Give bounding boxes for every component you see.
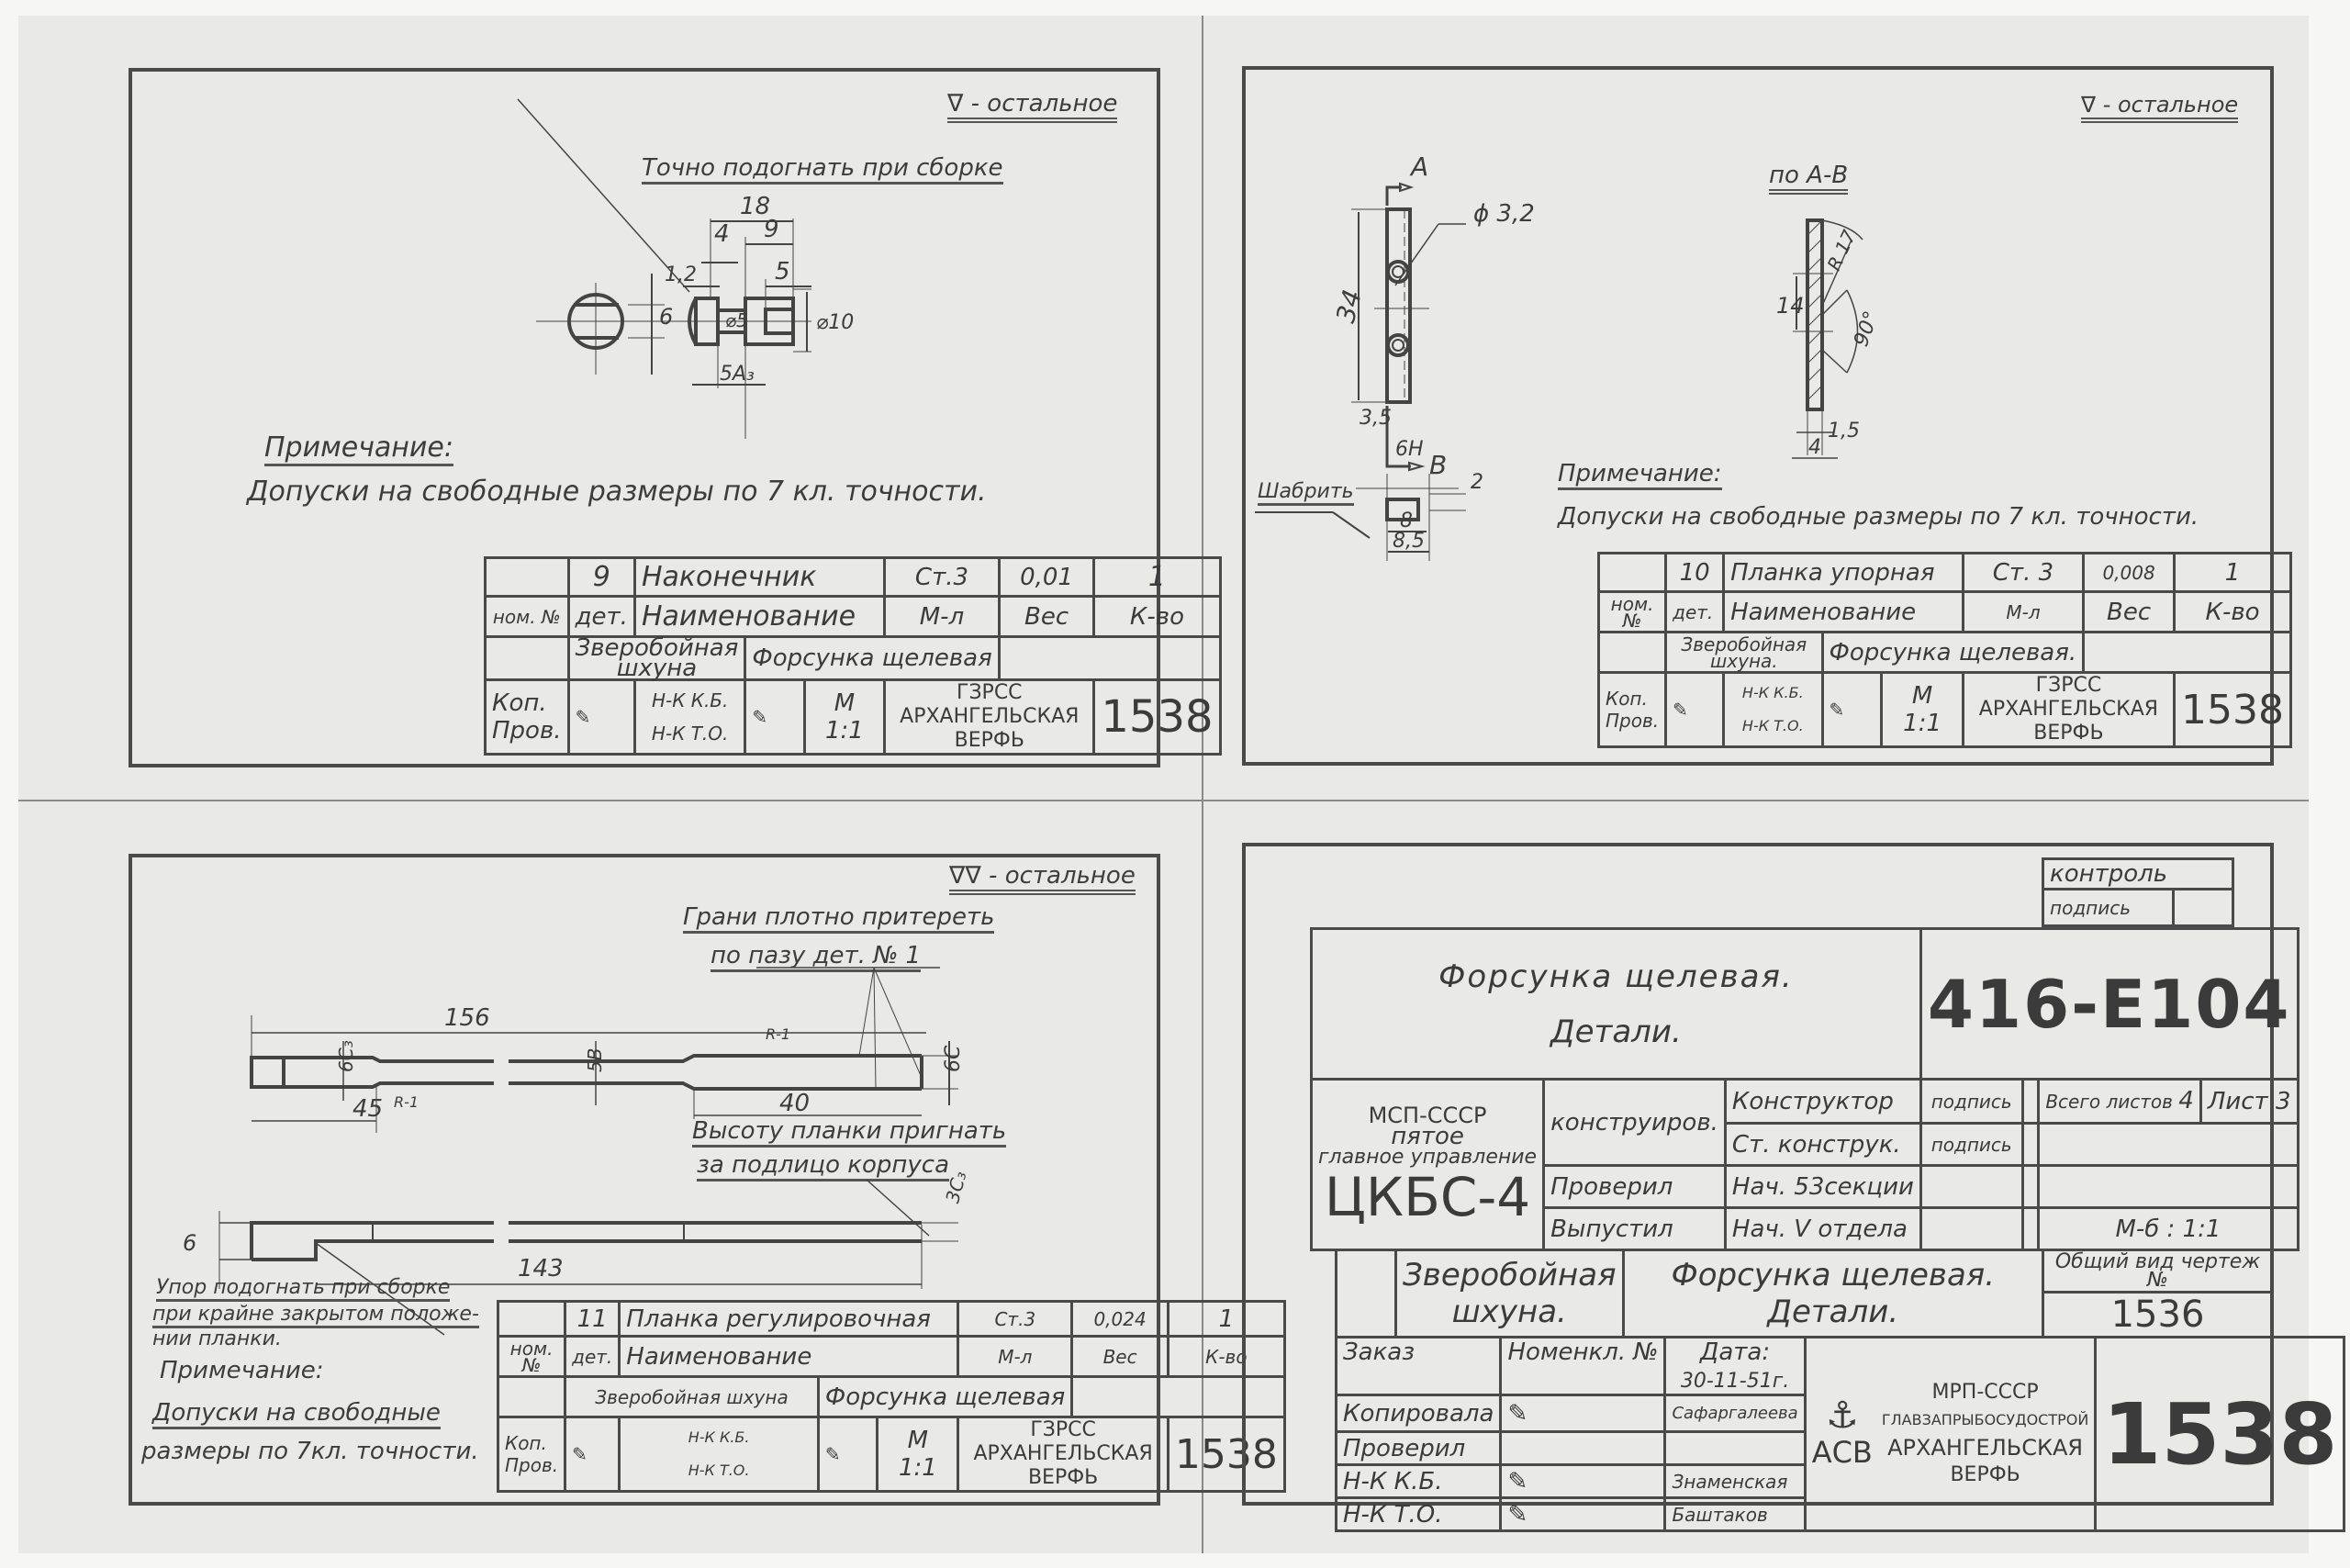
signature-nk: ✎ <box>818 1417 878 1492</box>
nk-labels: Н-К К.Б.Н-К Т.О. <box>634 680 744 755</box>
part-qty: 1 <box>1094 558 1220 597</box>
row-label-kop-prov: Коп.Пров. <box>1599 673 1666 747</box>
svg-text:⌀10: ⌀10 <box>816 311 854 334</box>
ministry-cell: МСП-СССР пятое главное управление ЦКБС-4 <box>1312 1080 1544 1250</box>
drawing-subtitle: Детали. <box>1318 1014 1914 1050</box>
organization-stamp: ГЗРССАРХАНГЕЛЬСКАЯВЕРФЬ <box>958 1417 1169 1492</box>
svg-text:4: 4 <box>714 220 730 248</box>
note-text: Допуски на свободные размеры по 7 кл. то… <box>247 476 987 508</box>
vessel-name: Зверобойная шхуна <box>565 1377 819 1417</box>
svg-text:А: А <box>1409 151 1428 182</box>
signature-kop: ✎ <box>565 1417 620 1492</box>
approval-block: Заказ Номенкл. № Дата:30-11-51г. ⚓АСВ МР… <box>1335 1336 2345 1532</box>
role-checked: Проверил <box>1544 1166 1726 1208</box>
svg-text:1,2: 1,2 <box>665 263 697 286</box>
header-qty: К-во <box>2175 592 2291 633</box>
header-material: М-л <box>1963 592 2083 633</box>
nomenclature-label: Номенкл. № <box>1501 1338 1665 1395</box>
sheet-detail-9: ∇ - остальное Точно подогнать при сборке <box>129 68 1160 767</box>
svg-text:6С: 6С <box>942 1045 965 1072</box>
drawing-number: 416-Е104 <box>1920 929 2298 1080</box>
header-nom: ном. № <box>498 1337 565 1377</box>
position-section-head: Нач. 53секции <box>1725 1166 1920 1208</box>
part-material: Ст.3 <box>958 1302 1072 1337</box>
note-title: Примечание: <box>1558 460 1722 490</box>
assembly-name: Форсунка щелевая <box>818 1377 1071 1417</box>
scale: М-б : 1:1 <box>2039 1208 2298 1250</box>
part-name: Наконечник <box>634 558 884 597</box>
header-det: дет. <box>565 1337 620 1377</box>
part-name: Планка регулировочная <box>620 1302 958 1337</box>
organization-stamp: ГЗРССАРХАНГЕЛЬСКАЯВЕРФЬ <box>1963 673 2174 747</box>
note-text-2: размеры по 7кл. точности. <box>141 1438 479 1465</box>
svg-text:4: 4 <box>1808 436 1821 459</box>
title-cell: Форсунка щелевая. Детали. <box>1312 929 1921 1080</box>
copied-name: Сафаргалеева <box>1665 1395 1805 1432</box>
assembly-name: Форсунка щелевая. <box>1822 633 2084 673</box>
signature-nk: ✎ <box>745 680 804 755</box>
title-block: 11 Планка регулировочная Ст.3 0,024 1 но… <box>497 1300 1286 1493</box>
sheet-detail-11: ∇∇ - остальное Грани плотно притереть по… <box>129 854 1160 1506</box>
position-senior: Ст. конструк. <box>1725 1124 1920 1166</box>
note-title: Примечание: <box>264 431 453 466</box>
scale: М1:1 <box>878 1417 958 1492</box>
svg-text:⌀5: ⌀5 <box>725 309 748 331</box>
sheet-number: 1538 <box>2175 673 2291 747</box>
svg-text:6Н: 6Н <box>1395 438 1424 461</box>
nk-labels: Н-К К.Б.Н-К Т.О. <box>1724 673 1822 747</box>
header-weight: Вес <box>999 597 1094 637</box>
vessel-name: Зверобойнаяшхуна. <box>1396 1250 1624 1338</box>
nk-to-signature: ✎ <box>1501 1498 1665 1531</box>
role-design: конструиров. <box>1544 1080 1726 1166</box>
svg-text:5В: 5В <box>584 1048 606 1072</box>
nk-to-label: Н-К Т.О. <box>1337 1498 1501 1531</box>
note-text: Допуски на свободные размеры по 7 кл. то… <box>1558 503 2199 531</box>
nk-to-name: Баштаков <box>1665 1498 1805 1531</box>
header-weight: Вес <box>2084 592 2175 633</box>
svg-text:14: 14 <box>1776 293 1805 319</box>
part-weight: 0,008 <box>2084 554 2175 592</box>
general-view-number: 1536 <box>2043 1293 2273 1338</box>
header-name: Наименование <box>1724 592 1964 633</box>
control-label: контроль <box>2043 859 2233 890</box>
svg-text:40: 40 <box>779 1090 810 1117</box>
signature-label: подпись <box>2043 890 2174 926</box>
row-label-kop-prov: Коп.Пров. <box>486 680 569 755</box>
svg-text:R 17: R 17 <box>1823 227 1861 274</box>
header-material: М-л <box>885 597 1000 637</box>
nk-labels: Н-К К.Б.Н-К Т.О. <box>620 1417 819 1492</box>
svg-text:143: 143 <box>518 1255 564 1282</box>
part-name: Планка упорная <box>1724 554 1964 592</box>
svg-text:3С₃: 3С₃ <box>941 1169 970 1205</box>
note-title: Примечание: <box>160 1357 324 1384</box>
svg-text:8,5: 8,5 <box>1393 530 1425 553</box>
header-qty: К-во <box>1094 597 1220 637</box>
svg-text:1,5: 1,5 <box>1828 420 1860 442</box>
svg-text:В: В <box>1429 450 1447 480</box>
header-name: Наименование <box>634 597 884 637</box>
scale: М1:1 <box>1882 673 1963 747</box>
signature-senior: подпись <box>1920 1124 2022 1166</box>
lower-title-block: Зверобойнаяшхуна. Форсунка щелевая.Детал… <box>1335 1249 2274 1338</box>
part-number: 9 <box>568 558 634 597</box>
part-qty: 1 <box>2175 554 2291 592</box>
row-label-kop-prov: Коп.Пров. <box>498 1417 565 1492</box>
svg-text:156: 156 <box>444 1004 490 1032</box>
checked-label: Проверил <box>1337 1432 1501 1465</box>
signature-kop: ✎ <box>1666 673 1724 747</box>
copied-label: Копировала <box>1337 1395 1501 1432</box>
svg-text:R-1: R-1 <box>766 1025 790 1043</box>
header-weight: Вес <box>1072 1337 1169 1377</box>
svg-text:34: 34 <box>1330 286 1368 326</box>
sheets-total: Всего листов 4 <box>2039 1080 2200 1124</box>
sheet-number: 1538 <box>1094 680 1220 755</box>
part-number: 11 <box>565 1302 620 1337</box>
svg-text:R-1: R-1 <box>394 1093 419 1111</box>
leader-note-3c: нии планки. <box>152 1327 282 1350</box>
part-number: 10 <box>1666 554 1724 592</box>
signature-nk: ✎ <box>1822 673 1882 747</box>
title-block: 9 Наконечник Ст.3 0,01 1 ном. № дет. Наи… <box>484 556 1222 756</box>
svg-text:ϕ 3,2: ϕ 3,2 <box>1473 200 1535 228</box>
header-material: М-л <box>958 1337 1072 1377</box>
header-nom: ном. № <box>486 597 569 637</box>
drawing-title: Форсунка щелевая. <box>1318 958 1914 995</box>
svg-text:5: 5 <box>775 258 790 286</box>
sheet-cover: контроль подпись Форсунка щелевая. Детал… <box>1242 843 2274 1506</box>
note-text-1: Допуски на свободные <box>152 1399 441 1429</box>
main-title-block: Форсунка щелевая. Детали. 416-Е104 МСП-С… <box>1310 927 2300 1251</box>
org-stamp-cell: ⚓АСВ МРП-СССР ГЛАВЗАПРЫБОСУДОСТРОЙ АРХАН… <box>1805 1338 2096 1531</box>
assembly-name: Форсунка щелевая.Детали. <box>1623 1250 2042 1338</box>
scale: М1:1 <box>804 680 885 755</box>
header-det: дет. <box>568 597 634 637</box>
sheet-number-label: Лист 3 <box>2200 1080 2298 1124</box>
title-block: 10 Планка упорная Ст. 3 0,008 1 ном. № д… <box>1597 552 2292 748</box>
sheet-detail-10: ∇ - остальное по А-В 34 ϕ 3,2 3,5 6Н <box>1242 66 2274 766</box>
leader-note-3b: при крайне закрытом положе- <box>152 1303 479 1328</box>
leader-note: Шабрить <box>1258 480 1354 506</box>
position-designer: Конструктор <box>1725 1080 1920 1124</box>
part-material: Ст.3 <box>885 558 1000 597</box>
sheet-code: 1538 <box>2096 1338 2344 1531</box>
svg-text:90°: 90° <box>1850 308 1884 350</box>
copied-signature: ✎ <box>1501 1395 1665 1432</box>
position-dept-head: Нач. V отдела <box>1725 1208 1920 1250</box>
header-name: Наименование <box>620 1337 958 1377</box>
assembly-name: Форсунка щелевая <box>745 637 999 680</box>
fold-line-horizontal <box>18 800 2309 801</box>
order-label: Заказ <box>1337 1338 1501 1395</box>
date-value: 30-11-51г. <box>1681 1370 1789 1393</box>
signature-designer: подпись <box>1920 1080 2022 1124</box>
header-det: дет. <box>1666 592 1724 633</box>
nk-kb-label: Н-К К.Б. <box>1337 1465 1501 1498</box>
svg-text:5А₃: 5А₃ <box>720 363 755 386</box>
part-material: Ст. 3 <box>1963 554 2083 592</box>
part-weight: 0,01 <box>999 558 1094 597</box>
header-nom: ном. № <box>1599 592 1666 633</box>
vessel-name: Зверобойная шхуна. <box>1666 633 1822 673</box>
organization-stamp: ГЗРССАРХАНГЕЛЬСКАЯВЕРФЬ <box>885 680 1094 755</box>
control-box: контроль подпись <box>2042 857 2234 927</box>
svg-text:45: 45 <box>352 1095 383 1123</box>
vessel-name: Зверобойная шхуна <box>568 637 745 680</box>
signature-kop: ✎ <box>568 680 634 755</box>
svg-text:2: 2 <box>1471 471 1483 494</box>
date-cell: Дата:30-11-51г. <box>1665 1338 1805 1395</box>
nk-kb-signature: ✎ <box>1501 1465 1665 1498</box>
part-weight: 0,024 <box>1072 1302 1169 1337</box>
svg-text:6: 6 <box>659 304 673 330</box>
svg-text:3,5: 3,5 <box>1360 407 1392 430</box>
nk-kb-name: Знаменская <box>1665 1465 1805 1498</box>
svg-text:6С₃: 6С₃ <box>335 1040 357 1072</box>
svg-text:6: 6 <box>183 1230 196 1256</box>
svg-text:9: 9 <box>764 216 779 243</box>
shipyard-logo-icon: ⚓АСВ <box>1812 1397 1873 1471</box>
leader-note-3a: Упор подогнать при сборке <box>156 1276 450 1302</box>
bureau-name: ЦКБС-4 <box>1318 1169 1537 1226</box>
general-view-label: Общий вид чертеж № <box>2043 1250 2273 1293</box>
role-released: Выпустил <box>1544 1208 1726 1250</box>
